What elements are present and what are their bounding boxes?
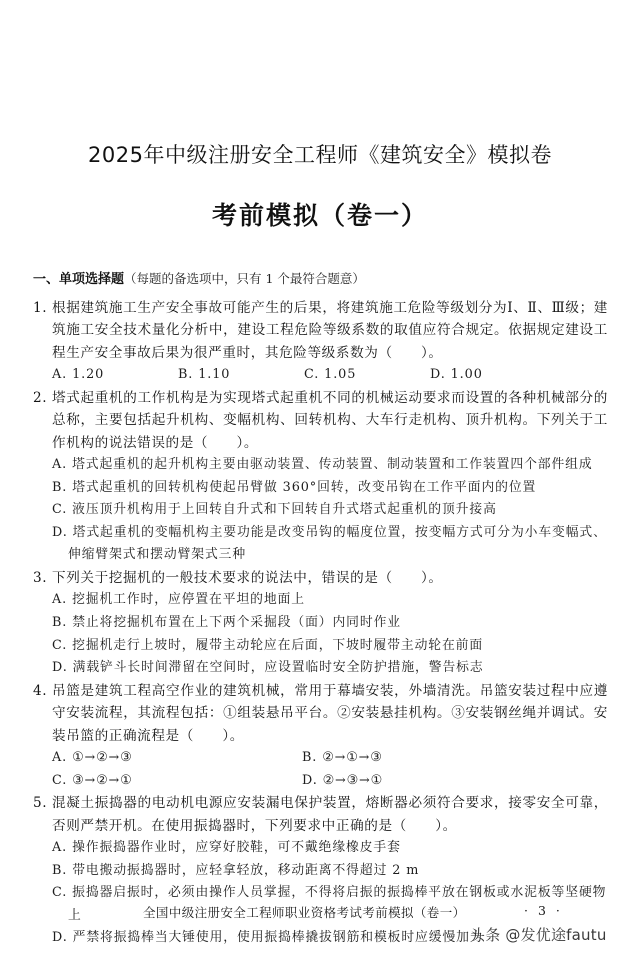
option-b: B. 塔式起重机的回转机构使起吊臂做 360°回转，改变吊钩在工作平面内的位置 — [52, 477, 608, 500]
question-number: 5. — [33, 792, 47, 814]
option-a: A. 挖掘机工作时，应停置在平坦的地面上 — [52, 589, 608, 612]
exam-page: 2025年中级注册安全工程师《建筑安全》模拟卷 考前模拟（卷一） 一、单项选择题… — [0, 0, 640, 957]
question-1: 1. 根据建筑施工生产安全事故可能产生的后果，将建筑施工危险等级划分为Ⅰ、Ⅱ、Ⅲ… — [33, 297, 608, 387]
question-number: 4. — [33, 680, 47, 702]
option-b: B. ②→①→③ — [302, 747, 552, 770]
option-a: A. 操作振捣器作业时，应穿好胶鞋，可不戴绝缘橡皮手套 — [52, 837, 608, 860]
page-title: 2025年中级注册安全工程师《建筑安全》模拟卷 — [0, 139, 640, 169]
question-text: 吊篮是建筑工程高空作业的建筑机械，常用于幕墙安装，外墙清洗。吊篮安装过程中应遵守… — [52, 683, 608, 744]
option-b: B. 带电搬动振捣器时，应轻拿轻放，移动距离不得超过 2 m — [52, 860, 608, 883]
option-c: C. 挖掘机走行上坡时，履带主动轮应在后面，下坡时履带主动轮在前面 — [52, 635, 608, 658]
section-note: （每题的备选项中，只有 1 个最符合题意） — [124, 271, 365, 286]
question-stem: 1. 根据建筑施工生产安全事故可能产生的后果，将建筑施工危险等级划分为Ⅰ、Ⅱ、Ⅲ… — [33, 297, 608, 364]
option-a: A. 塔式起重机的起升机构主要由驱动装置、传动装置、制动装置和工作装置四个部件组… — [52, 454, 608, 477]
page-subtitle: 考前模拟（卷一） — [0, 196, 640, 232]
question-text: 下列关于挖掘机的一般技术要求的说法中，错误的是（ ）。 — [52, 570, 443, 586]
option-list: A. 塔式起重机的起升机构主要由驱动装置、传动装置、制动装置和工作装置四个部件组… — [33, 454, 608, 567]
question-text: 塔式起重机的工作机构是为实现塔式起重机不同的机械运动要求而设置的各种机械部分的总… — [52, 390, 608, 451]
option-d: D. 塔式起重机的变幅机构主要功能是改变吊钩的幅度位置，按变幅方式可分为小车变幅… — [52, 522, 608, 567]
question-list: 1. 根据建筑施工生产安全事故可能产生的后果，将建筑施工危险等级划分为Ⅰ、Ⅱ、Ⅲ… — [33, 297, 608, 950]
section-header: 一、单项选择题（每题的备选项中，只有 1 个最符合题意） — [33, 268, 365, 287]
question-text: 根据建筑施工生产安全事故可能产生的后果，将建筑施工危险等级划分为Ⅰ、Ⅱ、Ⅲ级；建… — [52, 300, 608, 361]
option-list: A. 挖掘机工作时，应停置在平坦的地面上 B. 禁止将挖掘机布置在上下两个采掘段… — [33, 589, 608, 679]
option-list: A. 1.20 B. 1.10 C. 1.05 D. 1.00 — [33, 364, 608, 387]
option-c: C. ③→②→① — [52, 770, 302, 793]
question-stem: 2. 塔式起重机的工作机构是为实现塔式起重机不同的机械运动要求而设置的各种机械部… — [33, 387, 608, 454]
question-4: 4. 吊篮是建筑工程高空作业的建筑机械，常用于幕墙安装，外墙清洗。吊篮安装过程中… — [33, 680, 608, 792]
question-stem: 5. 混凝土振捣器的电动机电源应安装漏电保护装置，熔断器必须符合要求，接零安全可… — [33, 792, 608, 837]
question-3: 3. 下列关于挖掘机的一般技术要求的说法中，错误的是（ ）。 A. 挖掘机工作时… — [33, 567, 608, 680]
option-d: D. ②→③→① — [302, 770, 552, 793]
option-d: D. 1.00 — [430, 364, 556, 387]
watermark: 头条 @发优途fautu — [470, 924, 607, 945]
option-a: A. ①→②→③ — [52, 747, 302, 770]
question-text: 混凝土振捣器的电动机电源应安装漏电保护装置，熔断器必须符合要求，接零安全可靠，否… — [52, 795, 608, 833]
option-b: B. 禁止将挖掘机布置在上下两个采掘段（面）内同时作业 — [52, 612, 608, 635]
option-b: B. 1.10 — [178, 364, 304, 387]
question-stem: 4. 吊篮是建筑工程高空作业的建筑机械，常用于幕墙安装，外墙清洗。吊篮安装过程中… — [33, 680, 608, 747]
section-heading: 一、单项选择题 — [33, 272, 124, 287]
option-c: C. 液压顶升机构用于上回转自升式和下回转自升式塔式起重机的顶升接高 — [52, 499, 608, 522]
question-number: 2. — [33, 387, 47, 409]
option-c: C. 1.05 — [304, 364, 430, 387]
option-row: A. ①→②→③ B. ②→①→③ — [52, 747, 608, 770]
option-row: C. ③→②→① D. ②→③→① — [52, 770, 608, 793]
page-number: · 3 · — [524, 903, 563, 918]
question-2: 2. 塔式起重机的工作机构是为实现塔式起重机不同的机械运动要求而设置的各种机械部… — [33, 387, 608, 567]
option-list: A. ①→②→③ B. ②→①→③ C. ③→②→① D. ②→③→① — [33, 747, 608, 792]
question-stem: 3. 下列关于挖掘机的一般技术要求的说法中，错误的是（ ）。 — [33, 567, 608, 589]
page-footer: 全国中级注册安全工程师职业资格考试考前模拟（卷一） — [143, 903, 466, 921]
question-number: 1. — [33, 297, 47, 319]
question-number: 3. — [33, 567, 47, 589]
option-d: D. 满载铲斗长时间滞留在空间时，应设置临时安全防护措施，警告标志 — [52, 657, 608, 680]
option-a: A. 1.20 — [52, 364, 178, 387]
